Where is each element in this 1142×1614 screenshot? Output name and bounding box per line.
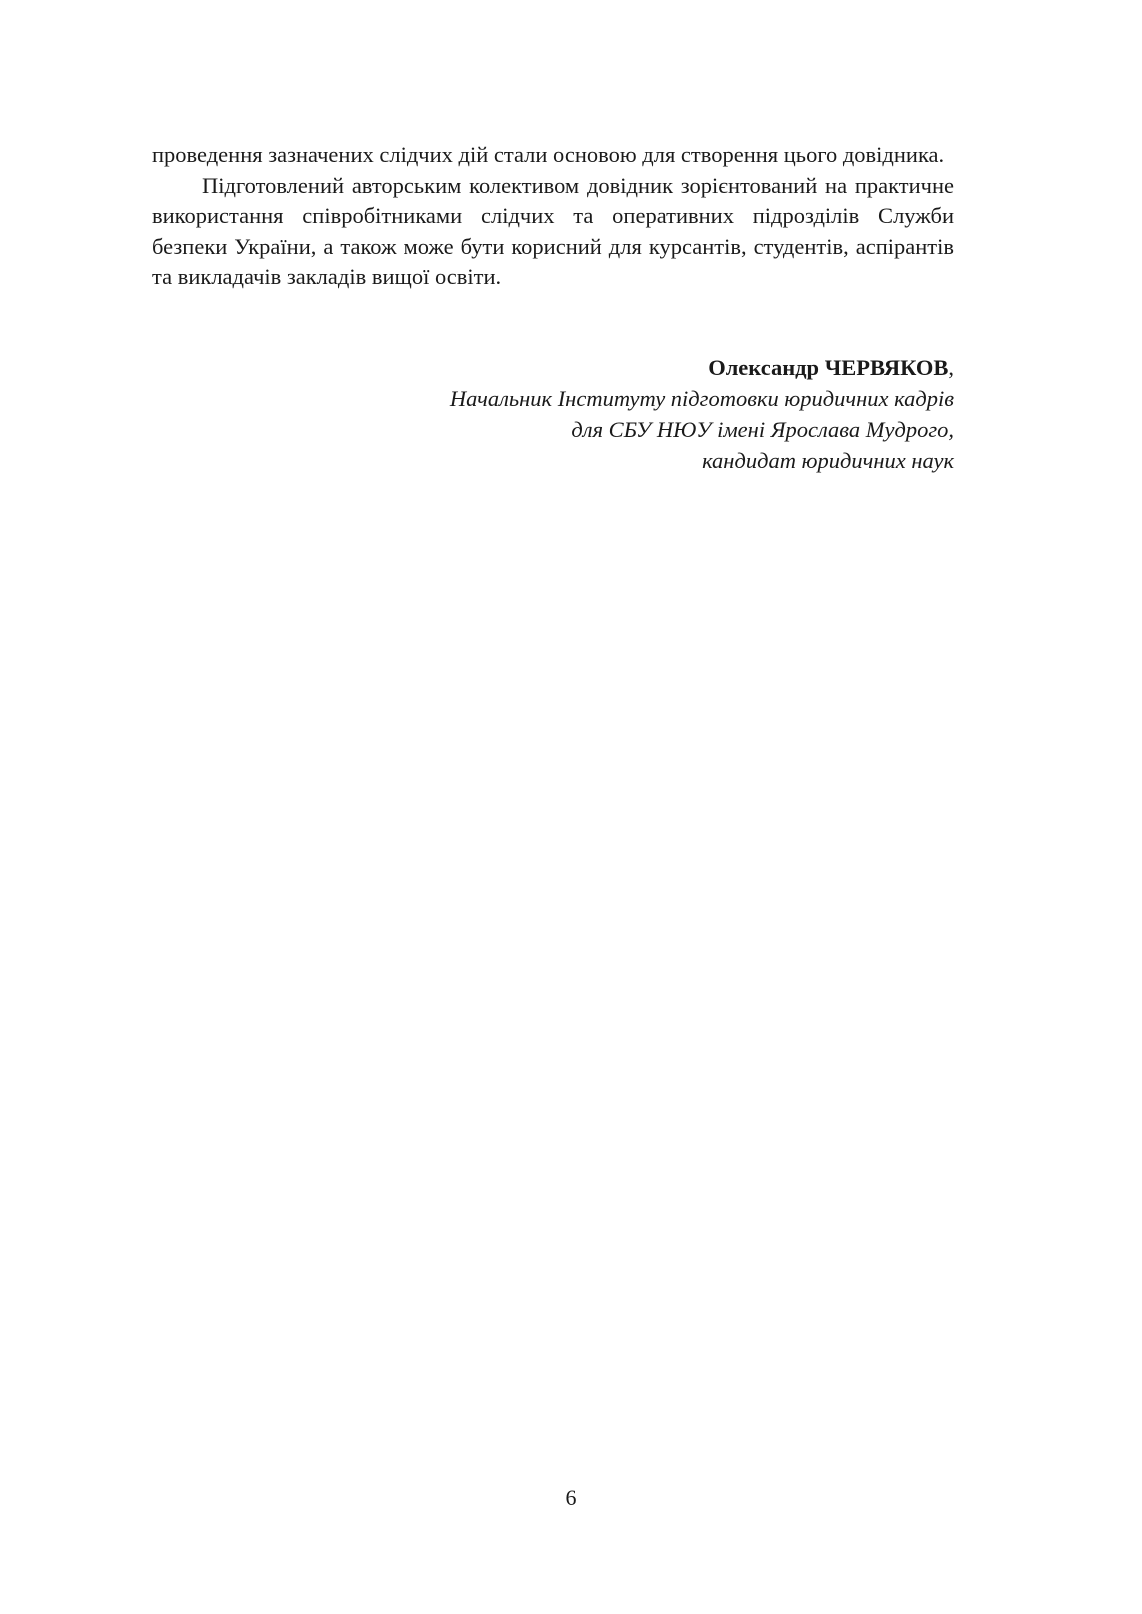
signature-degree: кандидат юридичних наук bbox=[450, 445, 954, 476]
page-number: 6 bbox=[0, 1484, 1142, 1512]
signature-name-line: Олександр ЧЕРВЯКОВ, bbox=[450, 352, 954, 383]
paragraph-continuation: проведення зазначених слідчих дій стали … bbox=[152, 140, 954, 171]
signature-block: Олександр ЧЕРВЯКОВ, Начальник Інституту … bbox=[450, 352, 954, 476]
signature-institution: для СБУ НЮУ імені Ярослава Мудрого, bbox=[450, 414, 954, 445]
paragraph-handbook-purpose: Підготовлений авторським колективом дові… bbox=[152, 171, 954, 293]
signature-name-comma: , bbox=[948, 355, 954, 380]
body-text: проведення зазначених слідчих дій стали … bbox=[152, 140, 954, 293]
signature-name: Олександр ЧЕРВЯКОВ bbox=[708, 355, 948, 380]
signature-position: Начальник Інституту підготовки юридичних… bbox=[450, 383, 954, 414]
document-page: проведення зазначених слідчих дій стали … bbox=[0, 0, 1142, 1614]
